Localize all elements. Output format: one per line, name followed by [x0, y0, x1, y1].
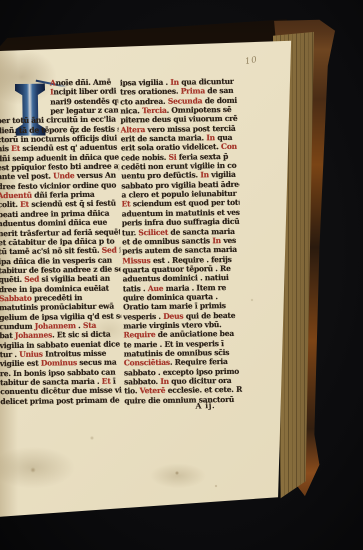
quire-signature: A ij. [195, 401, 215, 411]
text-line: delicet prima post primam de [0, 395, 122, 406]
text-column-right: ipsa vigilia . In qua dicunturtres orati… [120, 77, 243, 406]
text-column-left: Anoīe dñi. AmēIncipit liber ordinari9 os… [0, 77, 122, 406]
text-line: quire die omnium sanctorū [124, 394, 242, 405]
text-line: Require de anūciatione bea [123, 329, 241, 340]
printed-text-block: Anoīe dñi. AmēIncipit liber ordinari9 os… [0, 0, 363, 550]
photo-background: 10 Anoīe dñi. AmēIncipit liber ordinari9… [0, 0, 363, 550]
